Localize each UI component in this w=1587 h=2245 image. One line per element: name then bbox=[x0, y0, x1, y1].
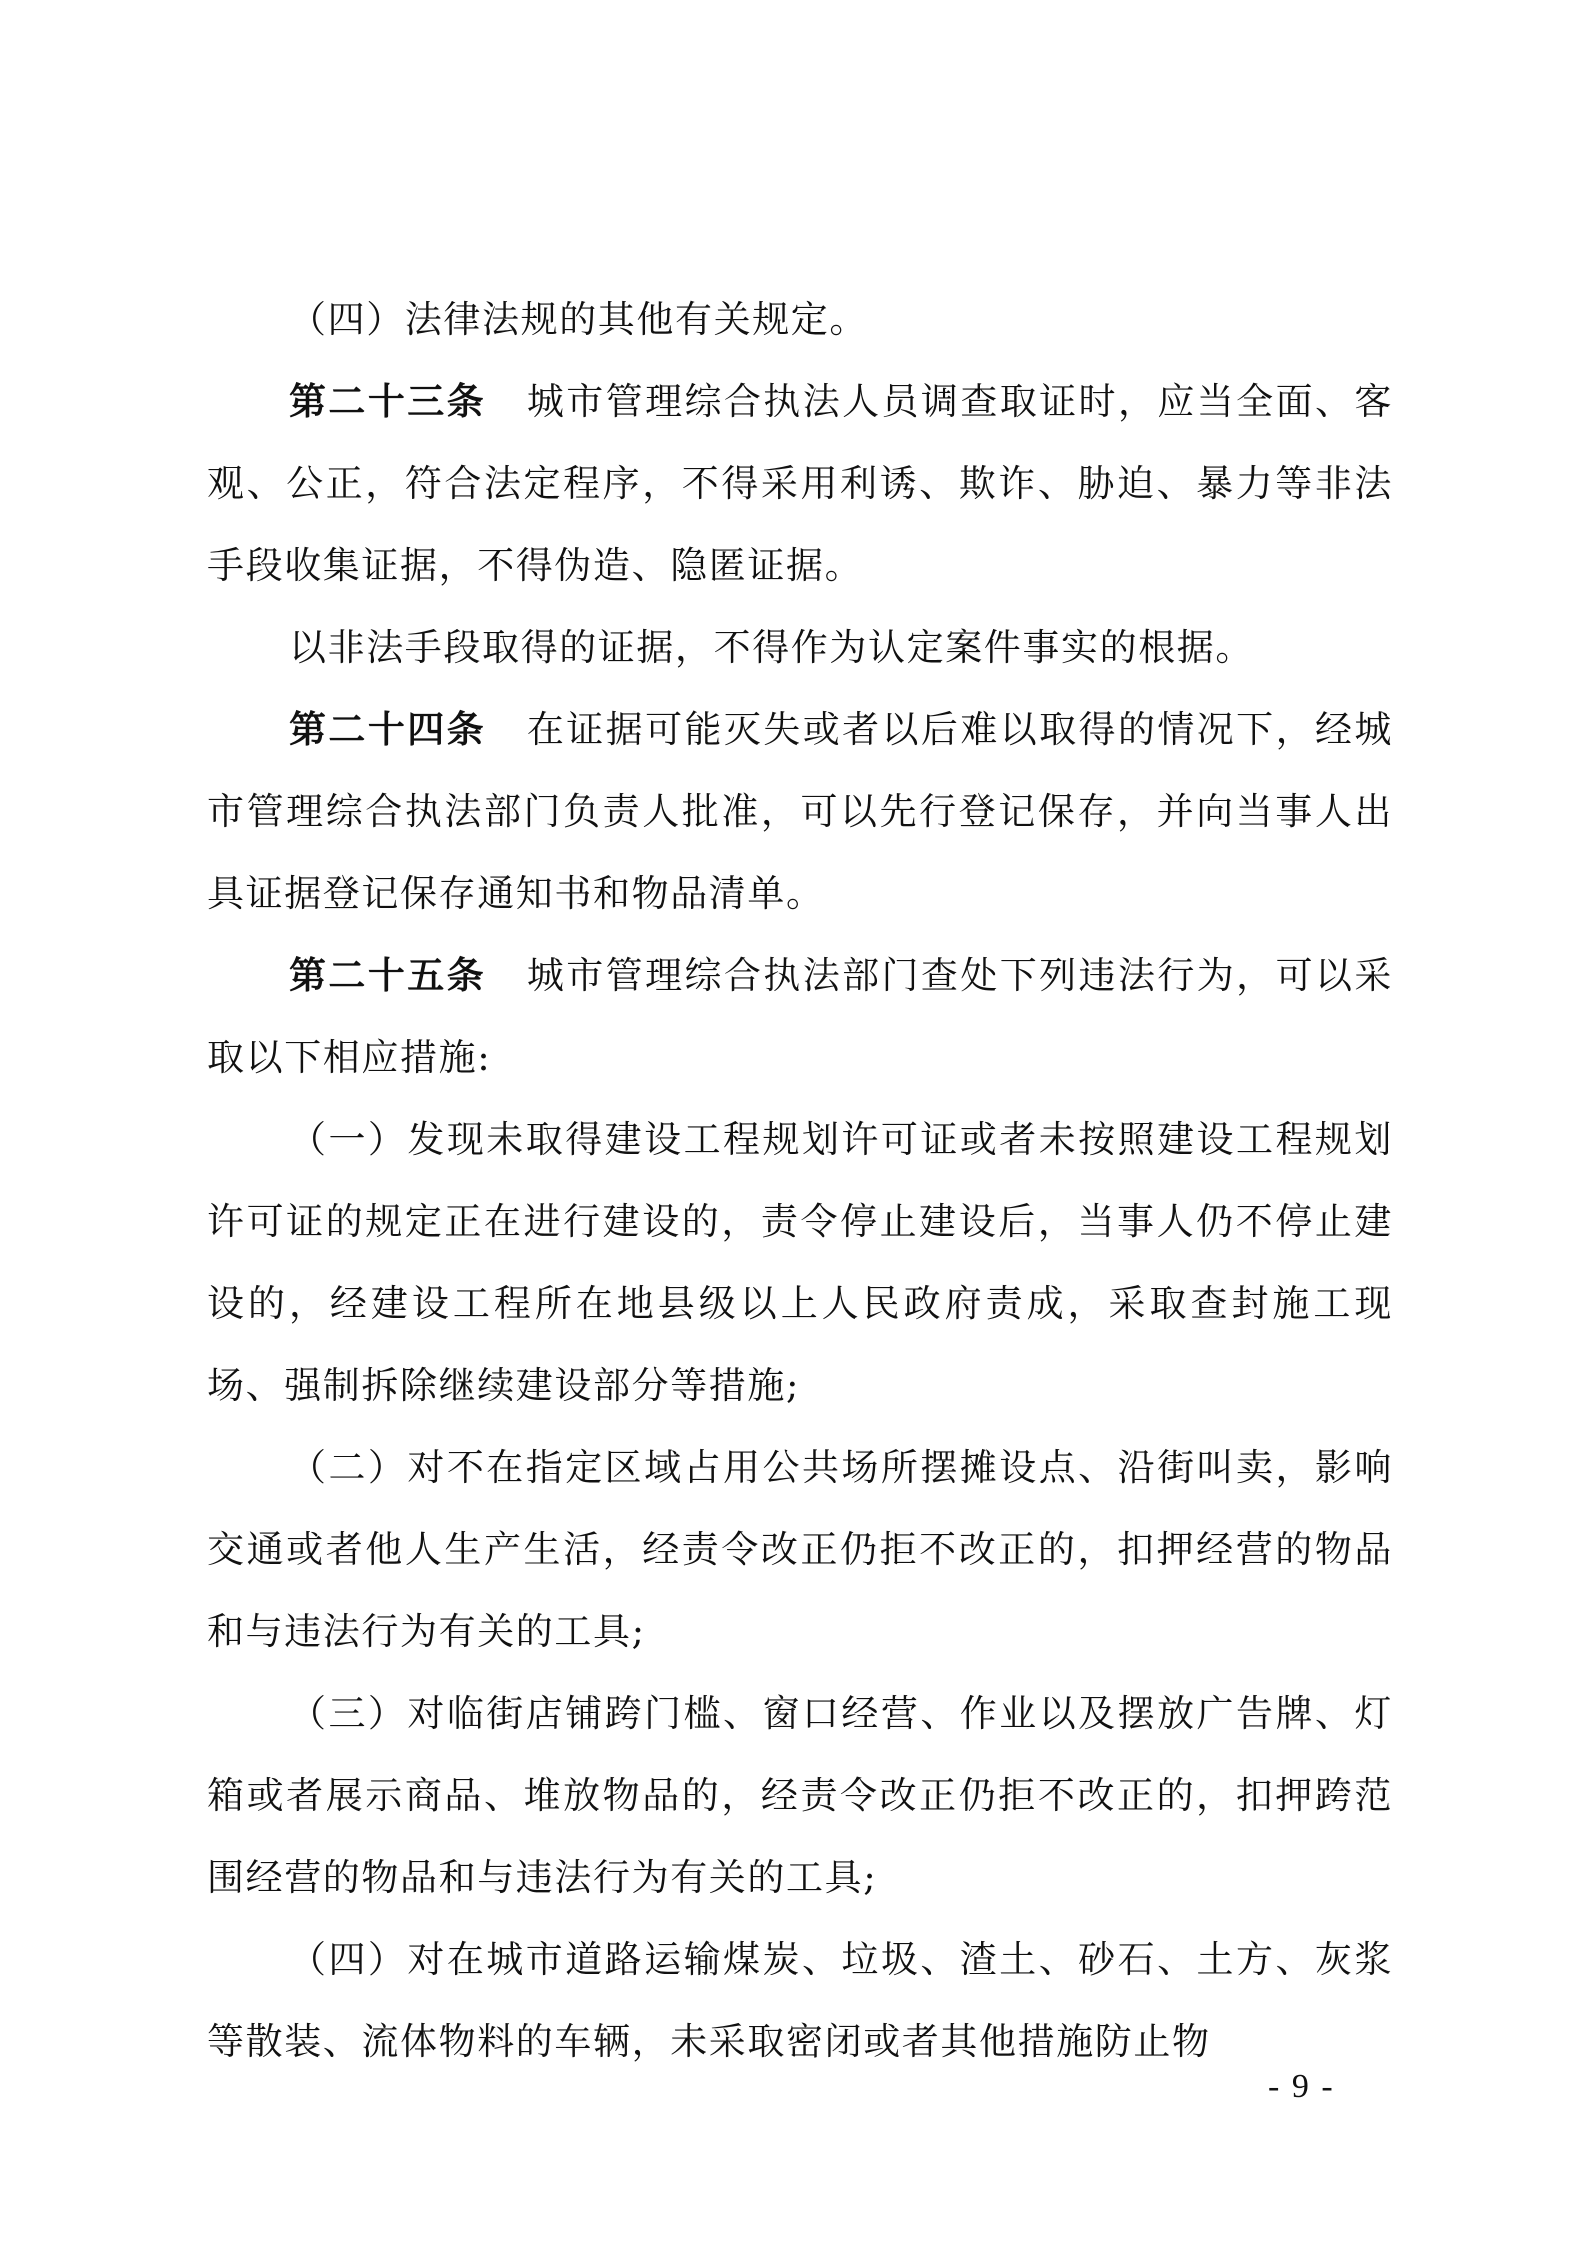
paragraph-text: （四）对在城市道路运输煤炭、垃圾、渣土、砂石、土方、灰浆等散装、流体物料的车辆，… bbox=[207, 1938, 1393, 2063]
paragraph-text: （四）法律法规的其他有关规定。 bbox=[289, 298, 868, 341]
article-25: 第二十五条城市管理综合执法部门查处下列违法行为，可以采取以下相应措施: bbox=[207, 935, 1393, 1099]
article-23: 第二十三条城市管理综合执法人员调查取证时，应当全面、客观、公正，符合法定程序，不… bbox=[207, 361, 1393, 607]
document-page: （四）法律法规的其他有关规定。 第二十三条城市管理综合执法人员调查取证时，应当全… bbox=[0, 0, 1587, 2245]
document-body: （四）法律法规的其他有关规定。 第二十三条城市管理综合执法人员调查取证时，应当全… bbox=[207, 279, 1393, 2083]
paragraph-text: 以非法手段取得的证据，不得作为认定案件事实的根据。 bbox=[289, 626, 1254, 669]
article-title: 第二十三条 bbox=[289, 380, 486, 423]
paragraph-item-1-construction: （一）发现未取得建设工程规划许可证或者未按照建设工程规划许可证的规定正在进行建设… bbox=[207, 1099, 1393, 1427]
paragraph-text: （三）对临街店铺跨门槛、窗口经营、作业以及摆放广告牌、灯箱或者展示商品、堆放物品… bbox=[207, 1692, 1393, 1899]
article-title: 第二十五条 bbox=[289, 954, 486, 997]
page-number: - 9 - bbox=[1268, 2068, 1335, 2106]
paragraph-item-3-shopfront: （三）对临街店铺跨门槛、窗口经营、作业以及摆放广告牌、灯箱或者展示商品、堆放物品… bbox=[207, 1673, 1393, 1919]
paragraph-text: （一）发现未取得建设工程规划许可证或者未按照建设工程规划许可证的规定正在进行建设… bbox=[207, 1118, 1393, 1407]
article-24: 第二十四条在证据可能灭失或者以后难以取得的情况下，经城市管理综合执法部门负责人批… bbox=[207, 689, 1393, 935]
paragraph-item-2-street-vending: （二）对不在指定区域占用公共场所摆摊设点、沿街叫卖，影响交通或者他人生产生活，经… bbox=[207, 1427, 1393, 1673]
article-title: 第二十四条 bbox=[289, 708, 486, 751]
paragraph-item-4-transport: （四）对在城市道路运输煤炭、垃圾、渣土、砂石、土方、灰浆等散装、流体物料的车辆，… bbox=[207, 1919, 1393, 2083]
paragraph-text: （二）对不在指定区域占用公共场所摆摊设点、沿街叫卖，影响交通或者他人生产生活，经… bbox=[207, 1446, 1393, 1653]
paragraph-item-4-legal-provisions: （四）法律法规的其他有关规定。 bbox=[207, 279, 1393, 361]
paragraph-illegal-evidence: 以非法手段取得的证据，不得作为认定案件事实的根据。 bbox=[207, 607, 1393, 689]
